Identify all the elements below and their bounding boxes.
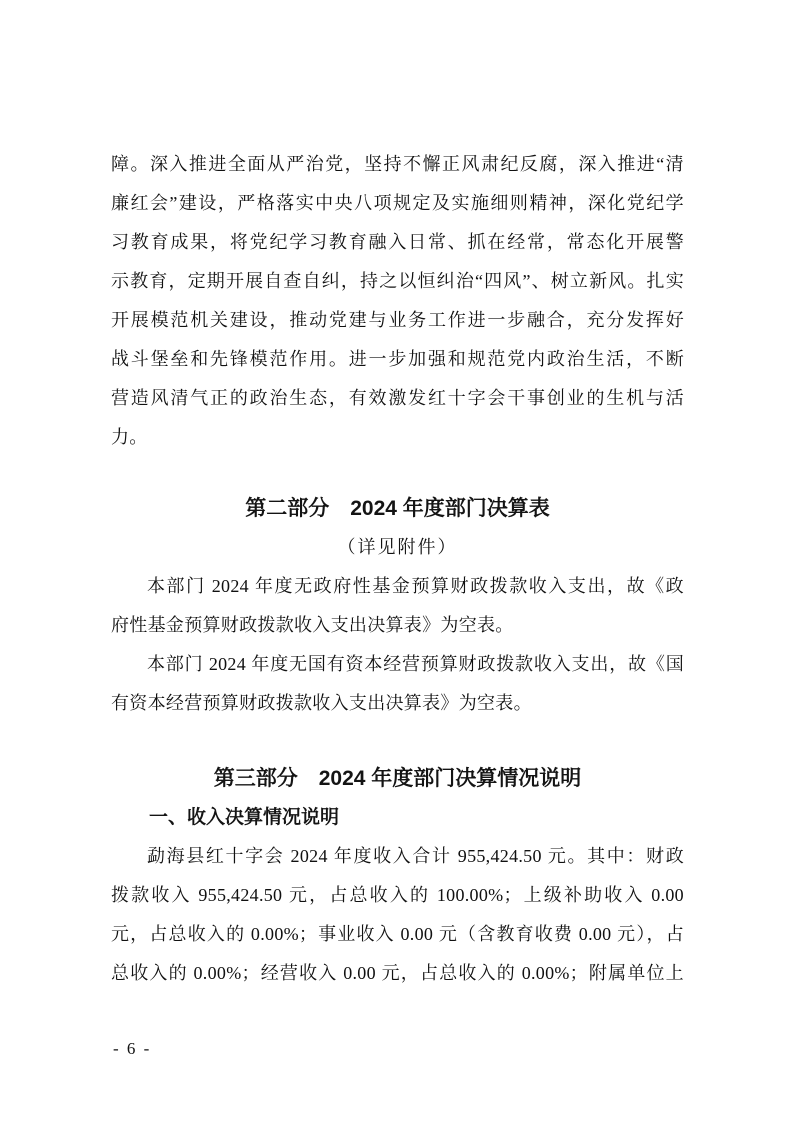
- text-line: 府性基金预算财政拨款收入支出决算表》为空表。: [111, 606, 684, 645]
- text-line: 示教育，定期开展自查自纠，持之以恒纠治“四风”、树立新风。扎实: [111, 262, 684, 301]
- text-line: 本部门 2024 年度无国有资本经营预算财政拨款收入支出，故《国: [111, 645, 684, 684]
- document-page: 障。深入推进全面从严治党，坚持不懈正风肃纪反腐，深入推进“清廉红会”建设，严格落…: [0, 0, 793, 1122]
- paragraph-gov-fund-budget: 本部门 2024 年度无政府性基金预算财政拨款收入支出，故《政府性基金预算财政拨…: [111, 567, 684, 645]
- page-number: - 6 -: [113, 1038, 151, 1060]
- section2-heading: 第二部分 2024 年度部门决算表: [111, 489, 684, 528]
- text-line: 力。: [111, 418, 684, 457]
- text-line: 战斗堡垒和先锋模范作用。进一步加强和规范党内政治生活，不断: [111, 340, 684, 379]
- paragraph-state-capital-budget: 本部门 2024 年度无国有资本经营预算财政拨款收入支出，故《国有资本经营预算财…: [111, 645, 684, 723]
- text-line: 元，占总收入的 0.00%；事业收入 0.00 元（含教育收费 0.00 元），…: [111, 915, 684, 954]
- page-content: 障。深入推进全面从严治党，坚持不懈正风肃纪反腐，深入推进“清廉红会”建设，严格落…: [111, 145, 684, 993]
- section3-sub1-heading: 一、收入决算情况说明: [111, 798, 684, 837]
- text-line: 有资本经营预算财政拨款收入支出决算表》为空表。: [111, 684, 684, 723]
- text-line: 本部门 2024 年度无政府性基金预算财政拨款收入支出，故《政: [111, 567, 684, 606]
- text-line: 开展模范机关建设，推动党建与业务工作进一步融合，充分发挥好: [111, 301, 684, 340]
- text-line: 总收入的 0.00%；经营收入 0.00 元，占总收入的 0.00%；附属单位上: [111, 954, 684, 993]
- paragraph-carryover: 障。深入推进全面从严治党，坚持不懈正风肃纪反腐，深入推进“清廉红会”建设，严格落…: [111, 145, 684, 457]
- text-line: 勐海县红十字会 2024 年度收入合计 955,424.50 元。其中：财政: [111, 837, 684, 876]
- text-line: 习教育成果，将党纪学习教育融入日常、抓在经常，常态化开展警: [111, 223, 684, 262]
- paragraph-income-statement: 勐海县红十字会 2024 年度收入合计 955,424.50 元。其中：财政拨款…: [111, 837, 684, 993]
- text-line: 营造风清气正的政治生态，有效激发红十字会干事创业的生机与活: [111, 379, 684, 418]
- text-line: 障。深入推进全面从严治党，坚持不懈正风肃纪反腐，深入推进“清: [111, 145, 684, 184]
- text-line: 拨款收入 955,424.50 元，占总收入的 100.00%；上级补助收入 0…: [111, 876, 684, 915]
- section3-heading: 第三部分 2024 年度部门决算情况说明: [111, 759, 684, 798]
- text-line: 廉红会”建设，严格落实中央八项规定及实施细则精神，深化党纪学: [111, 184, 684, 223]
- section2-attachment-note: （详见附件）: [111, 528, 684, 567]
